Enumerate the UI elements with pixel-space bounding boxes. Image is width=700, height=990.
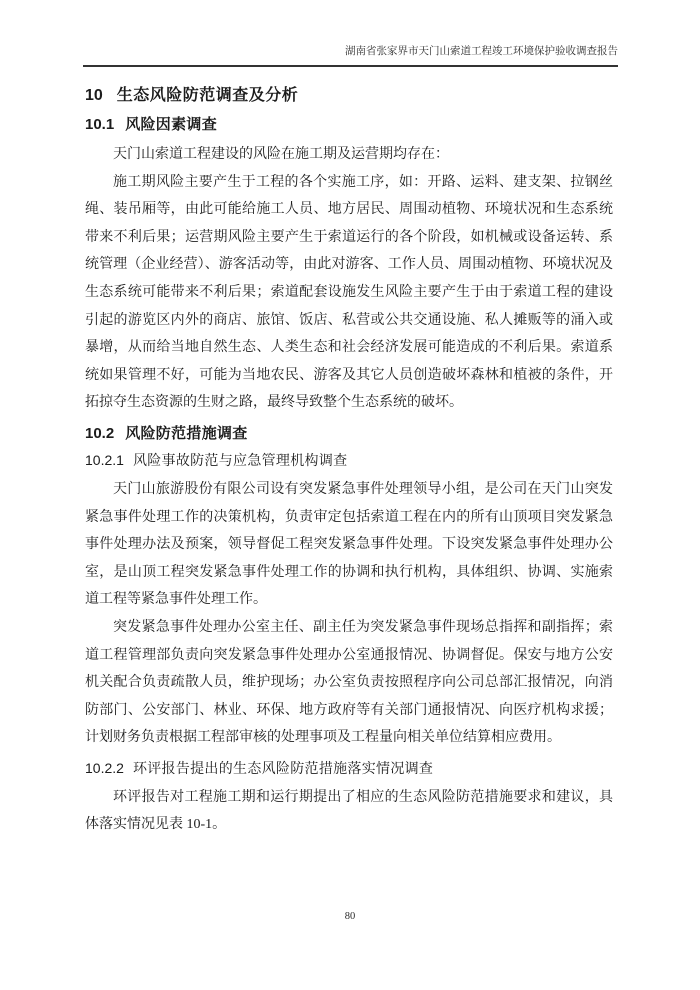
heading-section-10-2-1-text: 风险事故防范与应急管理机构调查 <box>133 452 348 468</box>
heading-section-10-2-2-number: 10.2.2 <box>85 760 124 776</box>
heading-section-10-1-text: 风险因素调查 <box>125 116 217 133</box>
page-content: 10生态风险防范调查及分析 10.1风险因素调查 天门山索道工程建设的风险在施工… <box>85 86 613 839</box>
heading-section-10-2-2-text: 环评报告提出的生态风险防范措施落实情况调查 <box>133 760 433 776</box>
heading-section-10-1-number: 10.1 <box>85 116 114 133</box>
heading-section-10-2: 10.2风险防范措施调查 <box>85 424 613 444</box>
heading-section-10-1: 10.1风险因素调查 <box>85 115 613 135</box>
paragraph-risk-factors: 施工期风险主要产生于工程的各个实施工序，如：开路、运料、建支架、拉钢丝绳、装吊厢… <box>85 169 613 417</box>
heading-section-10-2-number: 10.2 <box>85 425 114 442</box>
heading-section-10-2-1: 10.2.1风险事故防范与应急管理机构调查 <box>85 450 613 470</box>
page-header: 湖南省张家界市天门山索道工程竣工环境保护验收调查报告 <box>83 45 618 67</box>
page-header-title: 湖南省张家界市天门山索道工程竣工环境保护验收调查报告 <box>345 46 618 57</box>
heading-section-10-2-2: 10.2.2环评报告提出的生态风险防范措施落实情况调查 <box>85 758 613 778</box>
page-footer: 80 <box>0 911 700 922</box>
heading-chapter-10-text: 生态风险防范调查及分析 <box>117 87 299 104</box>
heading-chapter-10-number: 10 <box>85 87 103 104</box>
paragraph-emergency-leadership: 天门山旅游股份有限公司设有突发紧急事件处理领导小组，是公司在天门山突发紧急事件处… <box>85 476 613 614</box>
paragraph-eia-measures: 环评报告对工程施工期和运行期提出了相应的生态风险防范措施要求和建议，具体落实情况… <box>85 784 613 839</box>
heading-section-10-2-1-number: 10.2.1 <box>85 452 124 468</box>
document-page: 湖南省张家界市天门山索道工程竣工环境保护验收调查报告 10生态风险防范调查及分析… <box>0 0 700 990</box>
page-number: 80 <box>345 911 356 922</box>
paragraph-risk-intro: 天门山索道工程建设的风险在施工期及运营期均存在： <box>85 141 613 169</box>
paragraph-emergency-office-duties: 突发紧急事件处理办公室主任、副主任为突发紧急事件现场总指挥和副指挥；索道工程管理… <box>85 614 613 752</box>
heading-section-10-2-text: 风险防范措施调查 <box>125 425 247 442</box>
heading-chapter-10: 10生态风险防范调查及分析 <box>85 86 613 106</box>
